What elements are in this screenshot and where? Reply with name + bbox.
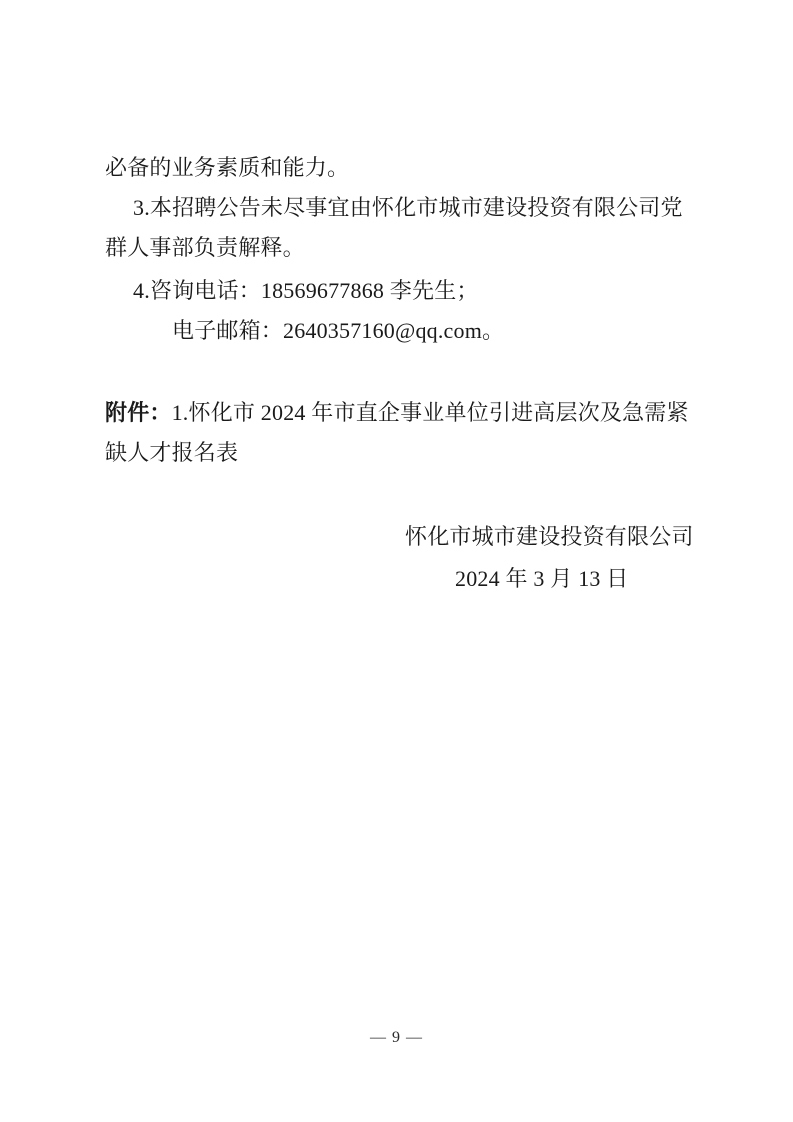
body-paragraph-continuation: 必备的业务素质和能力。 bbox=[105, 155, 349, 181]
body-item4-email-line: 电子邮箱：2640357160@qq.com。 bbox=[172, 318, 504, 344]
document-page: 必备的业务素质和能力。 3.本招聘公告未尽事宜由怀化市城市建设投资有限公司党 群… bbox=[0, 0, 793, 1122]
body-item3-line1: 3.本招聘公告未尽事宜由怀化市城市建设投资有限公司党 bbox=[133, 195, 683, 221]
body-item3-line2: 群人事部负责解释。 bbox=[105, 235, 305, 261]
attachment-label: 附件： bbox=[105, 400, 172, 425]
attachment-line1: 附件：1.怀化市 2024 年市直企事业单位引进高层次及急需紧 bbox=[105, 400, 689, 426]
attachment-text-line1: 1.怀化市 2024 年市直企事业单位引进高层次及急需紧 bbox=[172, 400, 689, 425]
attachment-line2: 缺人才报名表 bbox=[105, 440, 238, 466]
body-item4-phone-line: 4.咨询电话：18569677868 李先生； bbox=[133, 278, 479, 304]
signature-date: 2024 年 3 月 13 日 bbox=[455, 566, 629, 592]
page-number: — 9 — bbox=[0, 1028, 793, 1048]
signature-company: 怀化市城市建设投资有限公司 bbox=[405, 524, 694, 550]
